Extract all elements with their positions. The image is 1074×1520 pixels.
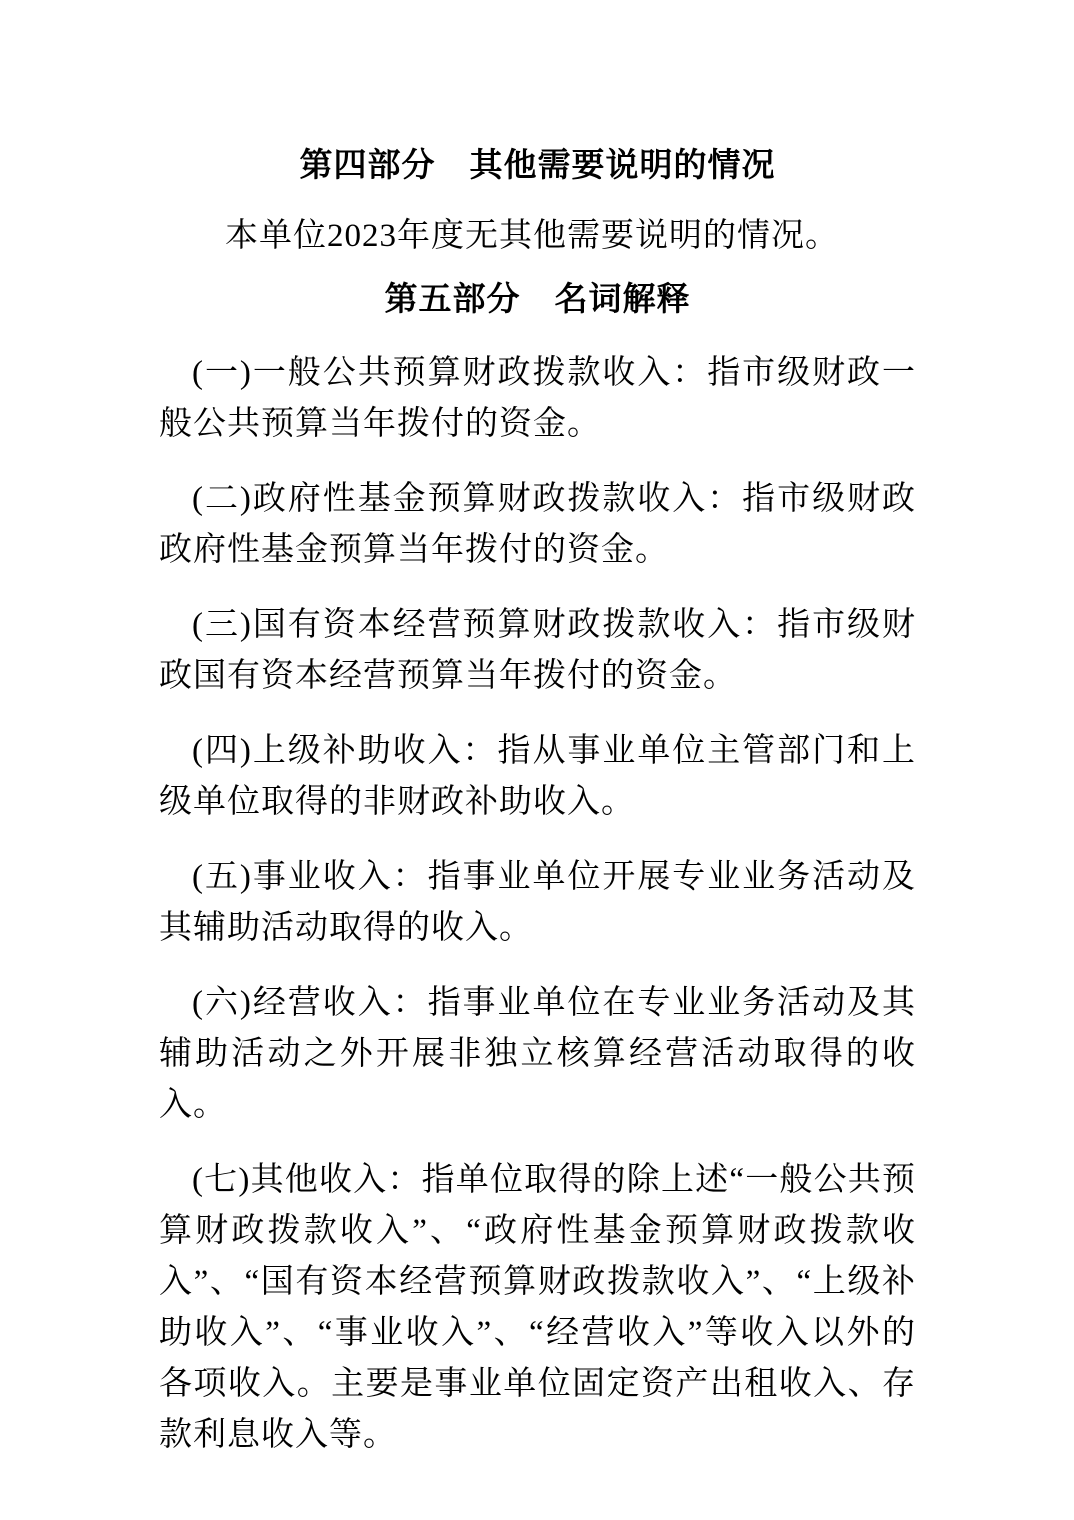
definition-paragraph-6: (六)经营收入：指事业单位在专业业务活动及其辅助活动之外开展非独立核算经营活动取… xyxy=(159,978,916,1131)
definition-paragraph-2: (二)政府性基金预算财政拨款收入：指市级财政政府性基金预算当年拨付的资金。 xyxy=(159,474,916,576)
section4-title: 第四部分 其他需要说明的情况 xyxy=(159,146,916,184)
definition-paragraph-3: (三)国有资本经营预算财政拨款收入：指市级财政国有资本经营预算当年拨付的资金。 xyxy=(159,600,916,702)
section5-title: 第五部分 名词解释 xyxy=(159,280,916,318)
page-content: 第四部分 其他需要说明的情况 本单位2023年度无其他需要说明的情况。 第五部分… xyxy=(0,0,1074,1461)
document-page: 第四部分 其他需要说明的情况 本单位2023年度无其他需要说明的情况。 第五部分… xyxy=(0,0,1074,1520)
section4-paragraph: 本单位2023年度无其他需要说明的情况。 xyxy=(159,211,916,262)
definition-paragraph-4: (四)上级补助收入：指从事业单位主管部门和上级单位取得的非财政补助收入。 xyxy=(159,726,916,828)
definition-paragraph-1: (一)一般公共预算财政拨款收入：指市级财政一般公共预算当年拨付的资金。 xyxy=(159,348,916,450)
definition-paragraph-5: (五)事业收入：指事业单位开展专业业务活动及其辅助活动取得的收入。 xyxy=(159,852,916,954)
definition-paragraph-7: (七)其他收入：指单位取得的除上述“一般公共预算财政拨款收入”、“政府性基金预算… xyxy=(159,1155,916,1461)
